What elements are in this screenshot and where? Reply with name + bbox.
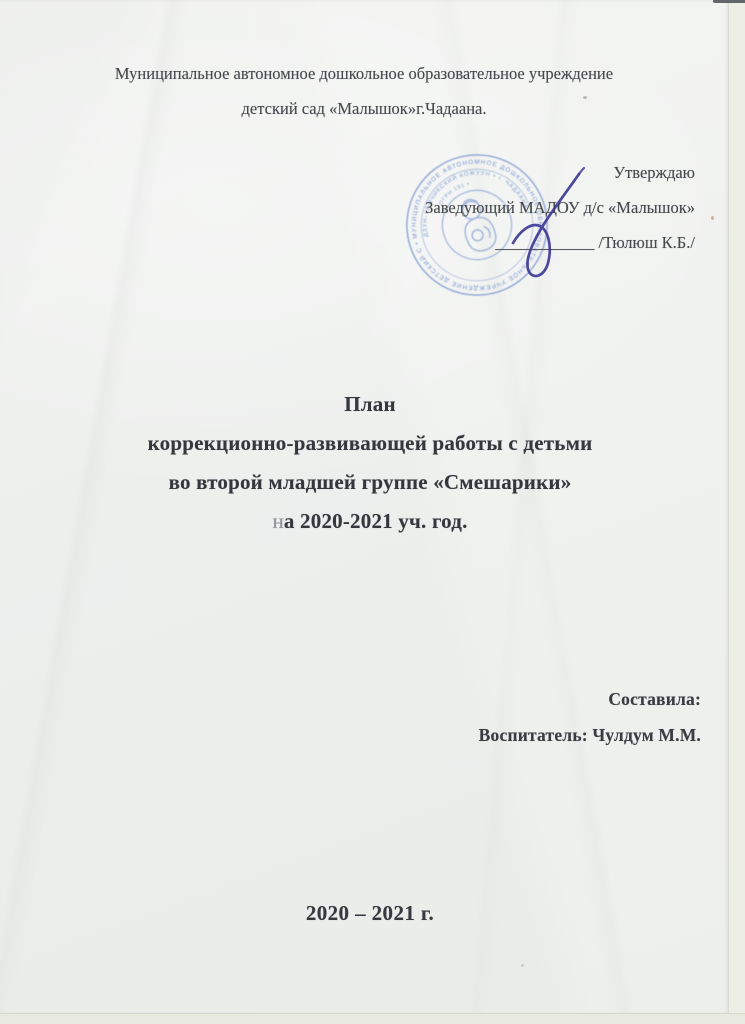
signature-stroke [513,174,579,276]
doc-title-line-4: на 2020-2021 уч. год. [0,502,740,541]
signature-stroke-tail [579,168,584,174]
page-edge-bottom [0,1013,745,1024]
handwritten-signature-icon [495,164,599,294]
doc-title-line-3: во второй младшей группе «Смешарики» [0,463,740,502]
doc-title-line-1: План [0,385,740,424]
org-name-line-2: детский сад «Малышок»г.Чадаана. [0,91,728,126]
paper-speck [711,216,714,220]
scanned-page: Муниципальное автономное дошкольное обра… [0,0,745,1024]
scanner-edge-line [713,0,745,3]
author-label: Составила: [479,681,701,717]
doc-title-line-4-main: а 2020-2021 уч. год. [284,509,468,533]
paper-speck [521,964,524,967]
doc-title-line-2: коррекционно-развивающей работы с детьми [0,424,740,463]
doc-title-line-4-lead: н [272,509,283,533]
org-header: Муниципальное автономное дошкольное обра… [0,56,728,126]
approver-name: /Тюлюш К.Б./ [594,233,695,252]
org-name-line-1: Муниципальное автономное дошкольное обра… [0,56,728,91]
author-name-line: Воспитатель: Чулдум М.М. [479,717,701,753]
footer-year: 2020 – 2021 г. [0,901,740,926]
author-block: Составила: Воспитатель: Чулдум М.М. [479,681,701,753]
document-title: План коррекционно-развивающей работы с д… [0,385,740,541]
